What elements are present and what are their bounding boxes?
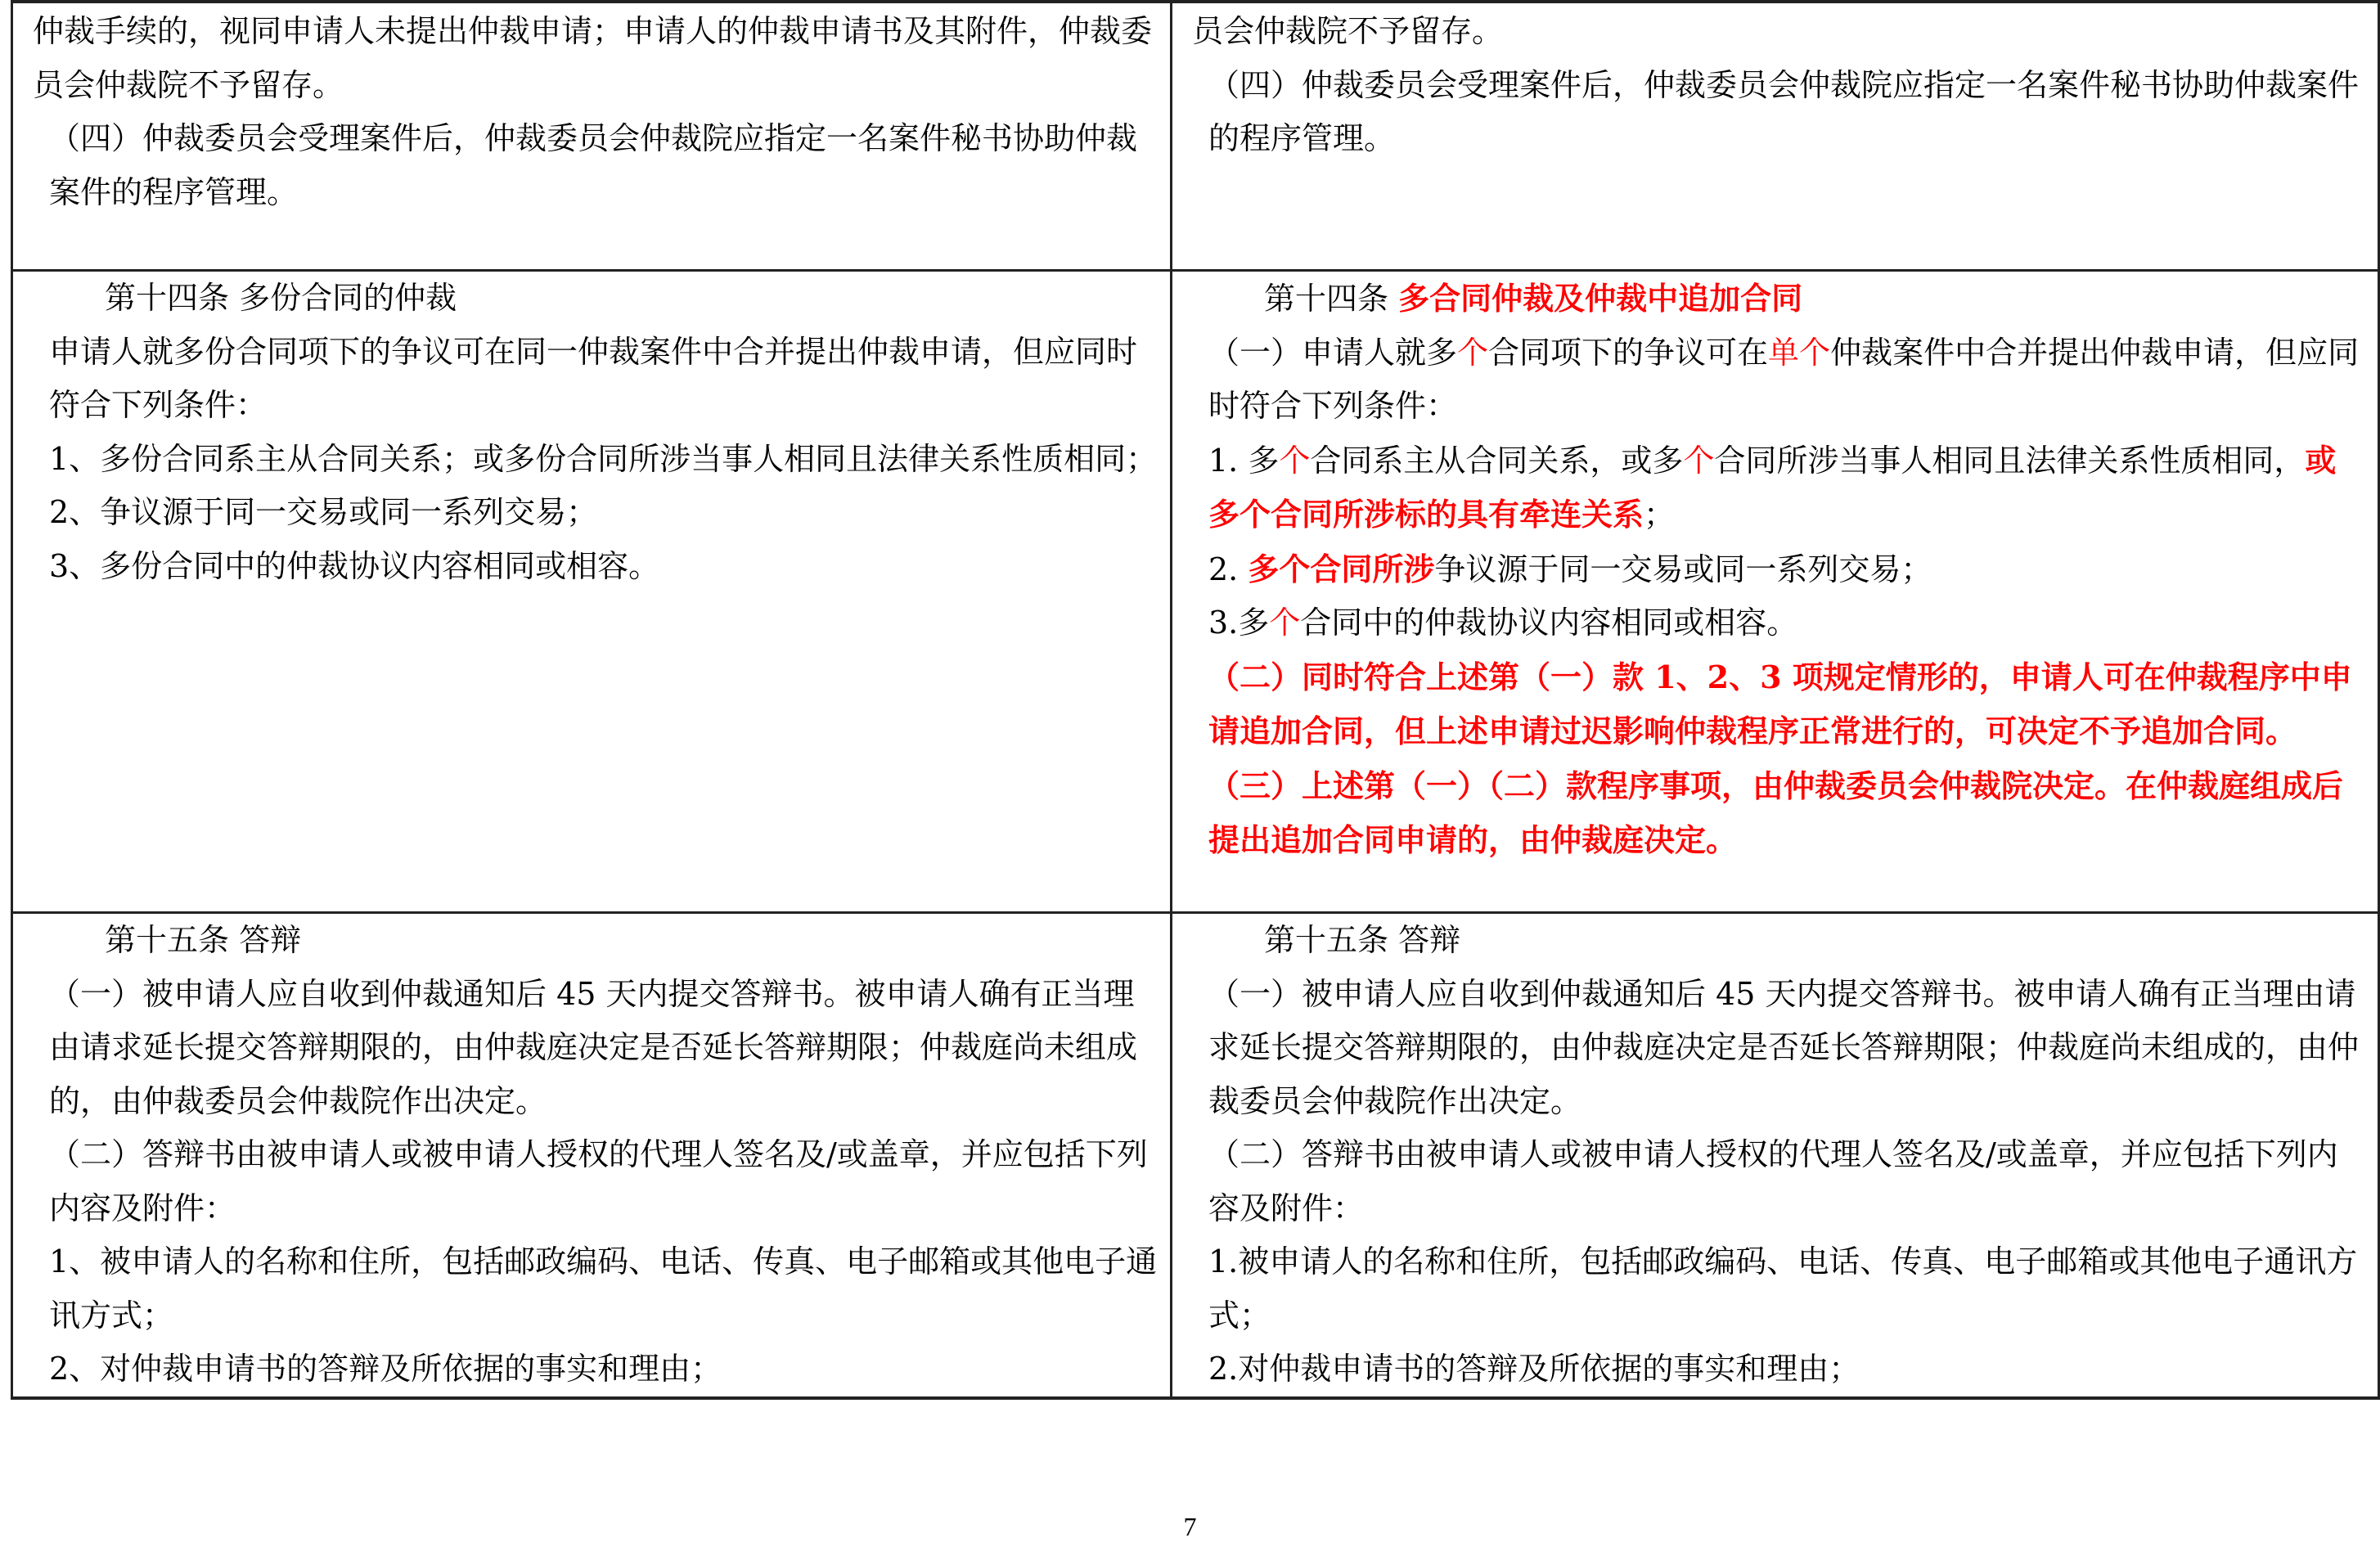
clause-paragraph: 2、争议源于同一交易或同一系列交易； bbox=[33, 486, 1159, 540]
article-heading: 第十四条 多合同仲裁及仲裁中追加合同 bbox=[1192, 272, 2366, 326]
clause-paragraph: 2.对仲裁申请书的答辩及所依据的事实和理由； bbox=[1192, 1342, 2366, 1396]
clause-paragraph: （二）答辩书由被申请人或被申请人授权的代理人签名及/或盖章，并应包括下列内容及附… bbox=[1192, 1128, 2366, 1235]
clause-paragraph: （一）申请人就多个合同项下的争议可在单个仲裁案件中合并提出仲裁申请，但应同时符合… bbox=[1192, 326, 2366, 434]
highlighted-text: （二）同时符合上述第（一）款 1、2、3 项规定情形的，申请人可在仲裁程序中申请… bbox=[1208, 659, 2352, 750]
clause-paragraph: 1.被申请人的名称和住所，包括邮政编码、电话、传真、电子邮箱或其他电子通讯方式； bbox=[1192, 1235, 2366, 1342]
text-segment: 合同系主从合同关系，或多 bbox=[1310, 443, 1683, 479]
page-number: 7 bbox=[0, 1512, 2380, 1542]
clause-paragraph: （三）上述第（一）（二）款程序事项，由仲裁委员会仲裁院决定。在仲裁庭组成后提出追… bbox=[1192, 759, 2366, 868]
article-heading: 第十五条 答辩 bbox=[33, 914, 1159, 968]
text-segment: 申请人就多份合同项下的争议可在同一仲裁案件中合并提出仲裁申请，但应同时符合下列条… bbox=[49, 334, 1137, 424]
text-segment: 仲裁手续的，视同申请人未提出仲裁申请；申请人的仲裁申请书及其附件，仲裁委员会仲裁… bbox=[33, 13, 1152, 103]
clause-paragraph: 1、多份合同系主从合同关系；或多份合同所涉当事人相同且法律关系性质相同； bbox=[33, 433, 1159, 487]
text-segment: 第十五条 答辩 bbox=[1264, 922, 1460, 958]
article-heading: 第十五条 答辩 bbox=[1192, 914, 2366, 968]
text-segment: 合同项下的争议可在 bbox=[1488, 335, 1768, 371]
clause-paragraph: （二）答辩书由被申请人或被申请人授权的代理人签名及/或盖章，并应包括下列内容及附… bbox=[33, 1128, 1159, 1235]
table-row: 仲裁手续的，视同申请人未提出仲裁申请；申请人的仲裁申请书及其附件，仲裁委员会仲裁… bbox=[12, 2, 2379, 271]
text-segment: 第十五条 答辩 bbox=[105, 922, 301, 958]
clause-paragraph: 3.多个合同中的仲裁协议内容相同或相容。 bbox=[1192, 596, 2366, 650]
highlighted-text: 个 bbox=[1457, 335, 1488, 371]
text-segment: 员会仲裁院不予留存。 bbox=[1192, 13, 1503, 49]
clause-paragraph: 仲裁手续的，视同申请人未提出仲裁申请；申请人的仲裁申请书及其附件，仲裁委员会仲裁… bbox=[33, 5, 1159, 112]
clause-paragraph: （二）同时符合上述第（一）款 1、2、3 项规定情形的，申请人可在仲裁程序中申请… bbox=[1192, 650, 2366, 759]
text-segment: 1. 多 bbox=[1208, 443, 1279, 479]
highlighted-text: 个 bbox=[1279, 443, 1310, 479]
highlighted-text: 多合同仲裁及仲裁中追加合同 bbox=[1398, 280, 1802, 317]
clause-paragraph: 员会仲裁院不予留存。 bbox=[1192, 5, 2366, 59]
clause-paragraph: 3、多份合同中的仲裁协议内容相同或相容。 bbox=[33, 540, 1159, 594]
text-segment: 合同所涉当事人相同且法律关系性质相同， bbox=[1714, 443, 2305, 479]
text-segment: ； bbox=[1644, 497, 1675, 533]
original-text-cell: 仲裁手续的，视同申请人未提出仲裁申请；申请人的仲裁申请书及其附件，仲裁委员会仲裁… bbox=[12, 2, 1172, 271]
text-segment: （一）被申请人应自收到仲裁通知后 45 天内提交答辩书。被申请人确有正当理由请求… bbox=[1208, 976, 2359, 1119]
text-segment: （四）仲裁委员会受理案件后，仲裁委员会仲裁院应指定一名案件秘书协助仲裁案件的程序… bbox=[49, 120, 1137, 210]
text-segment: 合同中的仲裁协议内容相同或相容。 bbox=[1300, 605, 1797, 641]
document-page: 仲裁手续的，视同申请人未提出仲裁申请；申请人的仲裁申请书及其附件，仲裁委员会仲裁… bbox=[0, 0, 2380, 1556]
article-heading: 第十四条 多份合同的仲裁 bbox=[33, 272, 1159, 326]
original-text-cell: 第十五条 答辩（一）被申请人应自收到仲裁通知后 45 天内提交答辩书。被申请人确… bbox=[12, 913, 1172, 1398]
text-segment: 3.多 bbox=[1208, 605, 1269, 641]
text-segment: （二）答辩书由被申请人或被申请人授权的代理人签名及/或盖章，并应包括下列内容及附… bbox=[1208, 1136, 2338, 1226]
table-row: 第十四条 多份合同的仲裁申请人就多份合同项下的争议可在同一仲裁案件中合并提出仲裁… bbox=[12, 271, 2379, 913]
text-segment: （二）答辩书由被申请人或被申请人授权的代理人签名及/或盖章，并应包括下列内容及附… bbox=[49, 1136, 1148, 1226]
highlighted-text: 个 bbox=[1269, 605, 1300, 641]
clause-paragraph: （一）被申请人应自收到仲裁通知后 45 天内提交答辩书。被申请人确有正当理由请求… bbox=[1192, 968, 2366, 1129]
text-segment: 第十四条 bbox=[1264, 281, 1398, 317]
text-segment: 1.被申请人的名称和住所，包括邮政编码、电话、传真、电子邮箱或其他电子通讯方式； bbox=[1208, 1243, 2357, 1333]
revised-text-cell: 第十五条 答辩（一）被申请人应自收到仲裁通知后 45 天内提交答辩书。被申请人确… bbox=[1172, 913, 2379, 1398]
text-segment: 争议源于同一交易或同一系列交易； bbox=[1434, 551, 1932, 587]
highlighted-text: 多个合同所涉 bbox=[1248, 551, 1434, 587]
revised-text-cell: 第十四条 多合同仲裁及仲裁中追加合同（一）申请人就多个合同项下的争议可在单个仲裁… bbox=[1172, 271, 2379, 913]
clause-paragraph: 1、被申请人的名称和住所，包括邮政编码、电话、传真、电子邮箱或其他电子通讯方式； bbox=[33, 1235, 1159, 1342]
highlighted-text: 个 bbox=[1683, 443, 1714, 479]
clause-paragraph: （一）被申请人应自收到仲裁通知后 45 天内提交答辩书。被申请人确有正当理由请求… bbox=[33, 968, 1159, 1129]
clause-paragraph: 2、对仲裁申请书的答辩及所依据的事实和理由； bbox=[33, 1342, 1159, 1396]
text-segment: 1、被申请人的名称和住所，包括邮政编码、电话、传真、电子邮箱或其他电子通讯方式； bbox=[49, 1243, 1157, 1333]
text-segment: 2. bbox=[1208, 551, 1248, 587]
table-row: 第十五条 答辩（一）被申请人应自收到仲裁通知后 45 天内提交答辩书。被申请人确… bbox=[12, 913, 2379, 1398]
text-segment: 2、争议源于同一交易或同一系列交易； bbox=[49, 494, 597, 530]
text-segment: （一）申请人就多 bbox=[1208, 335, 1457, 371]
text-segment: （四）仲裁委员会受理案件后，仲裁委员会仲裁院应指定一名案件秘书协助仲裁案件的程序… bbox=[1208, 67, 2359, 157]
text-segment: 1、多份合同系主从合同关系；或多份合同所涉当事人相同且法律关系性质相同； bbox=[49, 441, 1157, 477]
text-segment: 3、多份合同中的仲裁协议内容相同或相容。 bbox=[49, 548, 659, 584]
highlighted-text: 单个 bbox=[1768, 335, 1830, 371]
highlighted-text: （三）上述第（一）（二）款程序事项，由仲裁委员会仲裁院决定。在仲裁庭组成后提出追… bbox=[1208, 767, 2343, 859]
text-segment: （一）被申请人应自收到仲裁通知后 45 天内提交答辩书。被申请人确有正当理由请求… bbox=[49, 976, 1137, 1119]
clause-paragraph: 1. 多个合同系主从合同关系，或多个合同所涉当事人相同且法律关系性质相同，或多个… bbox=[1192, 434, 2366, 542]
text-segment: 2、对仲裁申请书的答辩及所依据的事实和理由； bbox=[49, 1351, 722, 1387]
revised-text-cell: 员会仲裁院不予留存。（四）仲裁委员会受理案件后，仲裁委员会仲裁院应指定一名案件秘… bbox=[1172, 2, 2379, 271]
text-segment: 2.对仲裁申请书的答辩及所依据的事实和理由； bbox=[1208, 1351, 1860, 1387]
text-segment: 第十四条 多份合同的仲裁 bbox=[105, 280, 457, 316]
clause-paragraph: 2. 多个合同所涉争议源于同一交易或同一系列交易； bbox=[1192, 542, 2366, 597]
clause-paragraph: （四）仲裁委员会受理案件后，仲裁委员会仲裁院应指定一名案件秘书协助仲裁案件的程序… bbox=[33, 112, 1159, 219]
original-text-cell: 第十四条 多份合同的仲裁申请人就多份合同项下的争议可在同一仲裁案件中合并提出仲裁… bbox=[12, 271, 1172, 913]
clause-paragraph: （四）仲裁委员会受理案件后，仲裁委员会仲裁院应指定一名案件秘书协助仲裁案件的程序… bbox=[1192, 59, 2366, 166]
clause-paragraph: 申请人就多份合同项下的争议可在同一仲裁案件中合并提出仲裁申请，但应同时符合下列条… bbox=[33, 326, 1159, 433]
rules-comparison-table: 仲裁手续的，视同申请人未提出仲裁申请；申请人的仲裁申请书及其附件，仲裁委员会仲裁… bbox=[11, 0, 2380, 1400]
